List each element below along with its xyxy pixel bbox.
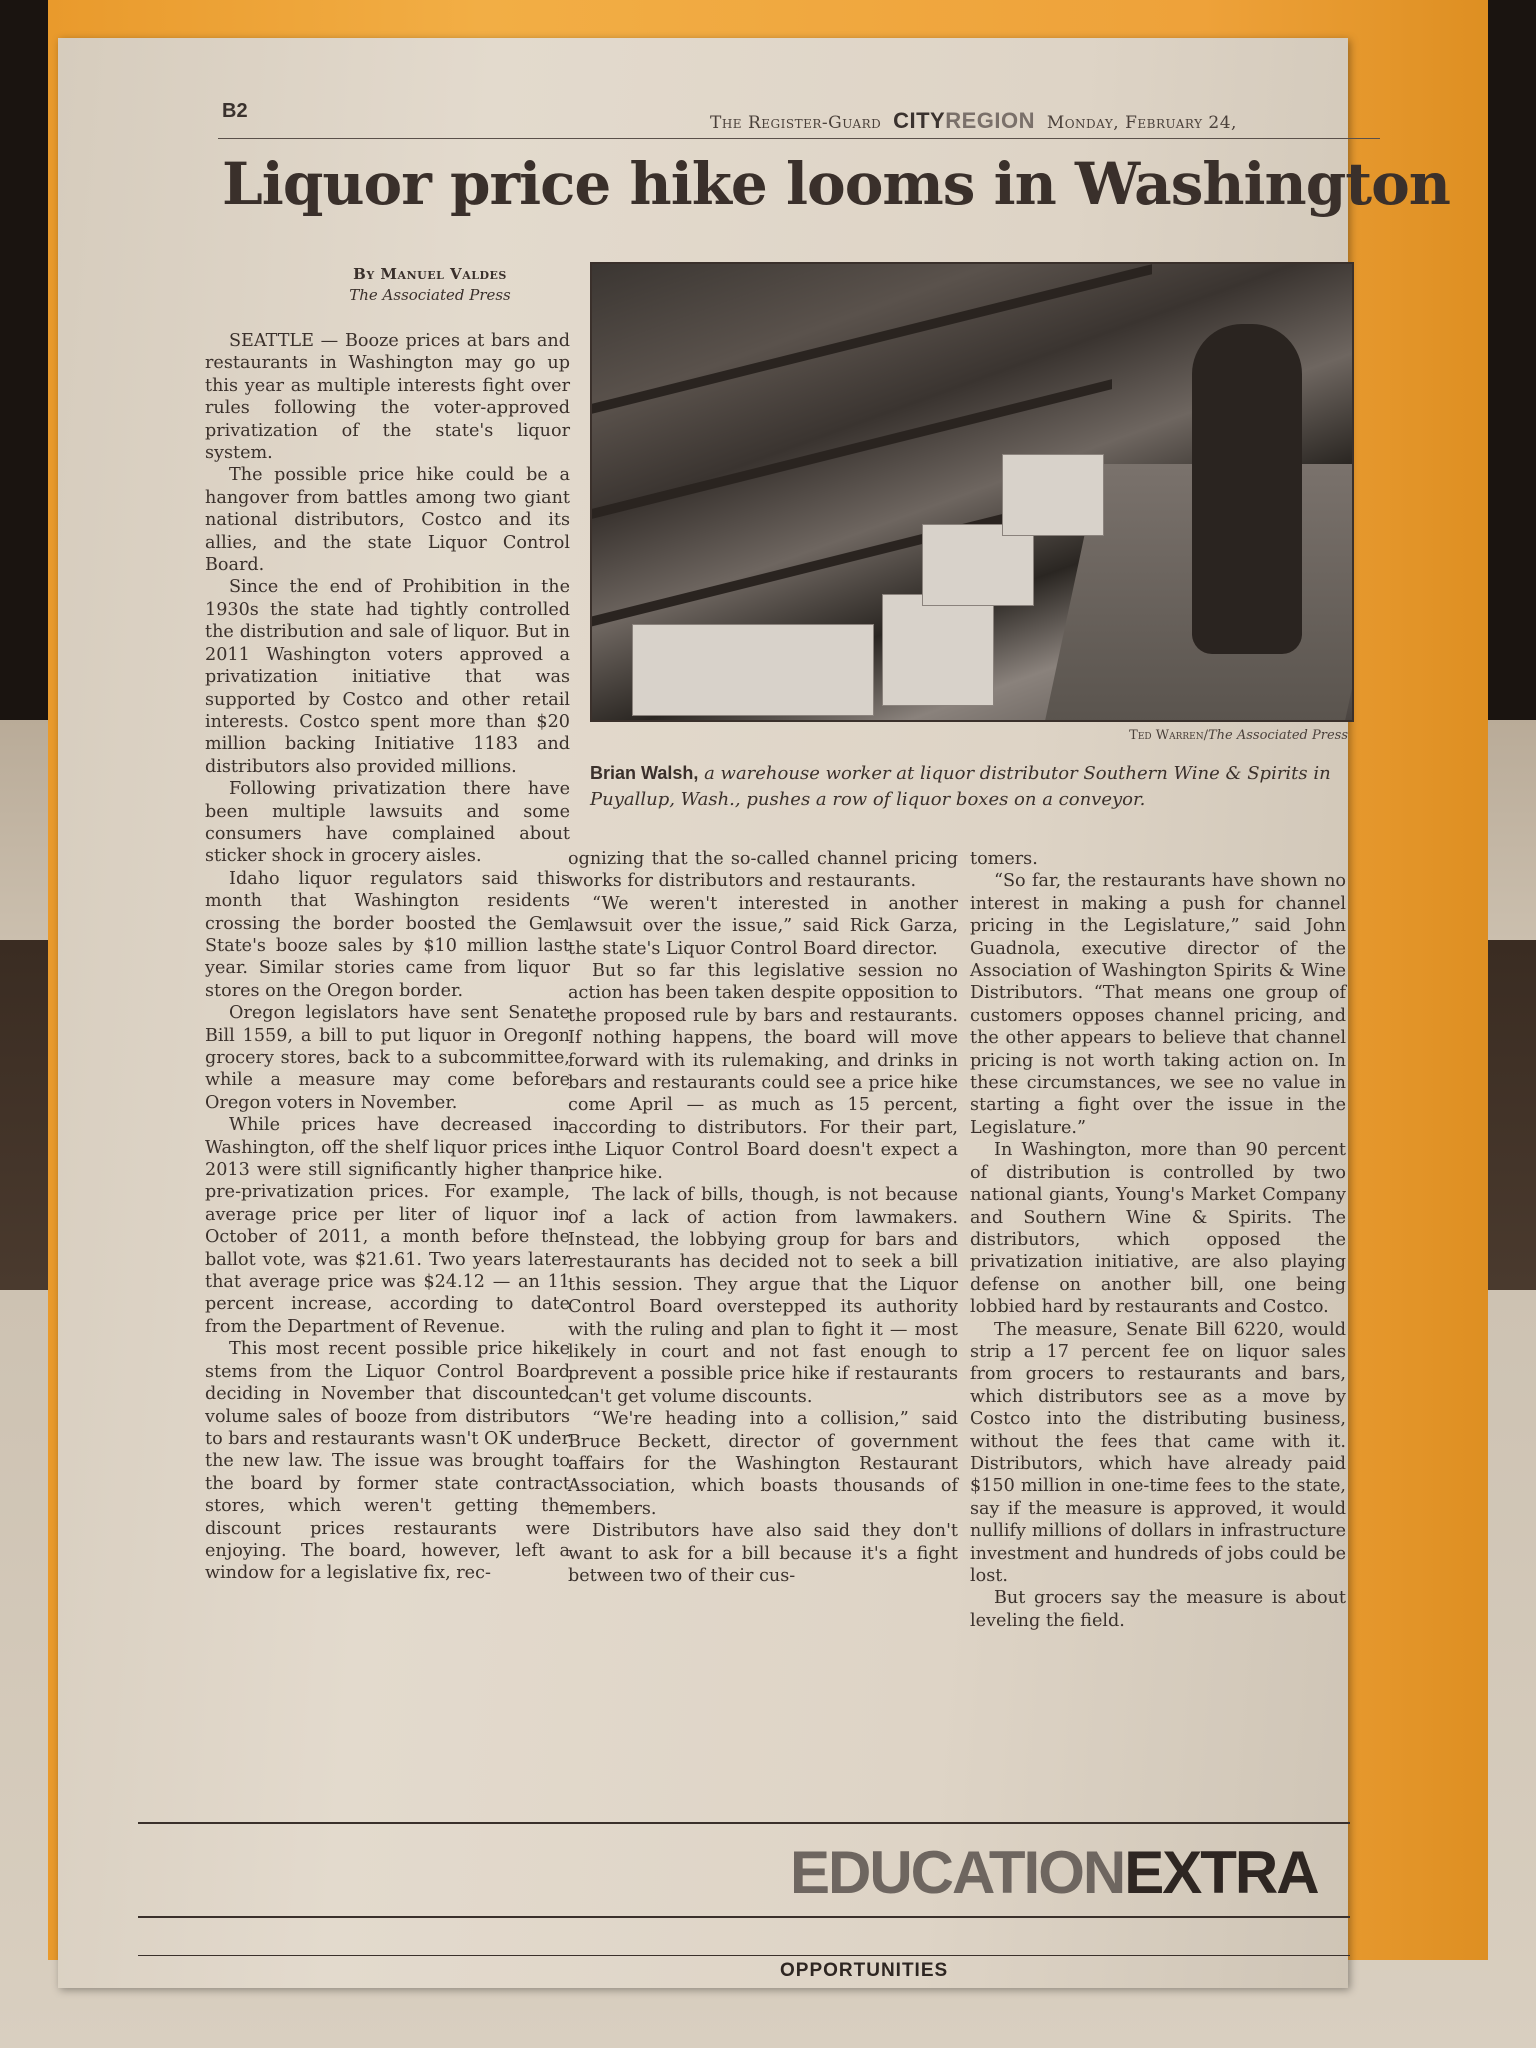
footer-rule-bottom	[138, 1955, 1350, 1956]
photo-credit-agency: The Associated Press	[1208, 728, 1348, 743]
section-name-region: REGION	[945, 108, 1035, 133]
photo-caption: Brian Walsh, a warehouse worker at liquo…	[590, 760, 1350, 813]
publication-name: The Register-Guard	[710, 113, 881, 133]
section-name-city: CITY	[893, 108, 945, 133]
footer-rule-mid	[138, 1916, 1350, 1918]
photo-box	[882, 594, 994, 706]
paragraph: The possible price hike could be a hango…	[205, 464, 570, 576]
banner-extra: EXTRA	[1124, 1839, 1317, 1906]
article-column-3: tomers. “So far, the restaurants have sh…	[970, 848, 1346, 1632]
article-column-2: ognizing that the so-called channel pric…	[568, 848, 958, 1587]
page-folio: B2	[222, 100, 248, 123]
paragraph: The measure, Senate Bill 6220, would str…	[970, 1319, 1346, 1588]
paragraph: But so far this legislative session no a…	[568, 960, 958, 1184]
caption-text: a warehouse worker at liquor distributor…	[590, 763, 1331, 810]
paragraph: SEATTLE — Booze prices at bars and resta…	[205, 330, 570, 464]
paragraph: In Washington, more than 90 percent of d…	[970, 1139, 1346, 1318]
footer-rule-top	[138, 1822, 1350, 1824]
paragraph: But grocers say the measure is about lev…	[970, 1587, 1346, 1632]
photo-box	[922, 524, 1034, 606]
paragraph: While prices have decreased in Washingto…	[205, 1114, 570, 1338]
education-extra-banner: EDUCATIONEXTRA	[790, 1838, 1318, 1907]
article-photo	[590, 262, 1354, 722]
paragraph: Idaho liquor regulators said this month …	[205, 868, 570, 1002]
caption-subject: Brian Walsh,	[590, 763, 698, 783]
header-rule	[218, 138, 1380, 139]
headline: Liquor price hike looms in Washington	[222, 150, 1450, 218]
paragraph: “So far, the restaurants have shown no i…	[970, 870, 1346, 1139]
running-header: The Register-Guard CITYREGION Monday, Fe…	[710, 108, 1237, 134]
paragraph: Following privatization there have been …	[205, 778, 570, 868]
photo-worker	[1192, 324, 1302, 654]
photo-credit: Ted Warren/The Associated Press	[1030, 728, 1348, 743]
opportunities-label: OPPORTUNITIES	[780, 1960, 948, 1982]
photo-box	[1002, 454, 1104, 536]
paragraph: Since the end of Prohibition in the 1930…	[205, 576, 570, 778]
issue-date: Monday, February 24,	[1047, 113, 1237, 133]
byline: By Manuel Valdes	[290, 265, 570, 283]
paragraph: Distributors have also said they don't w…	[568, 1520, 958, 1587]
photo-credit-name: Ted Warren/	[1129, 728, 1208, 743]
paragraph: Oregon legislators have sent Senate Bill…	[205, 1002, 570, 1114]
photo-box	[632, 624, 874, 716]
byline-agency: The Associated Press	[290, 286, 570, 304]
paragraph: ognizing that the so-called channel pric…	[568, 848, 958, 893]
paragraph: This most recent possible price hike ste…	[205, 1338, 570, 1584]
article-column-1: SEATTLE — Booze prices at bars and resta…	[205, 330, 570, 1585]
paragraph: The lack of bills, though, is not becaus…	[568, 1184, 958, 1408]
paragraph: tomers.	[970, 848, 1346, 870]
banner-education: EDUCATION	[790, 1839, 1124, 1906]
paragraph: “We weren't interested in another lawsui…	[568, 893, 958, 960]
paragraph: “We're heading into a collision,” said B…	[568, 1408, 958, 1520]
